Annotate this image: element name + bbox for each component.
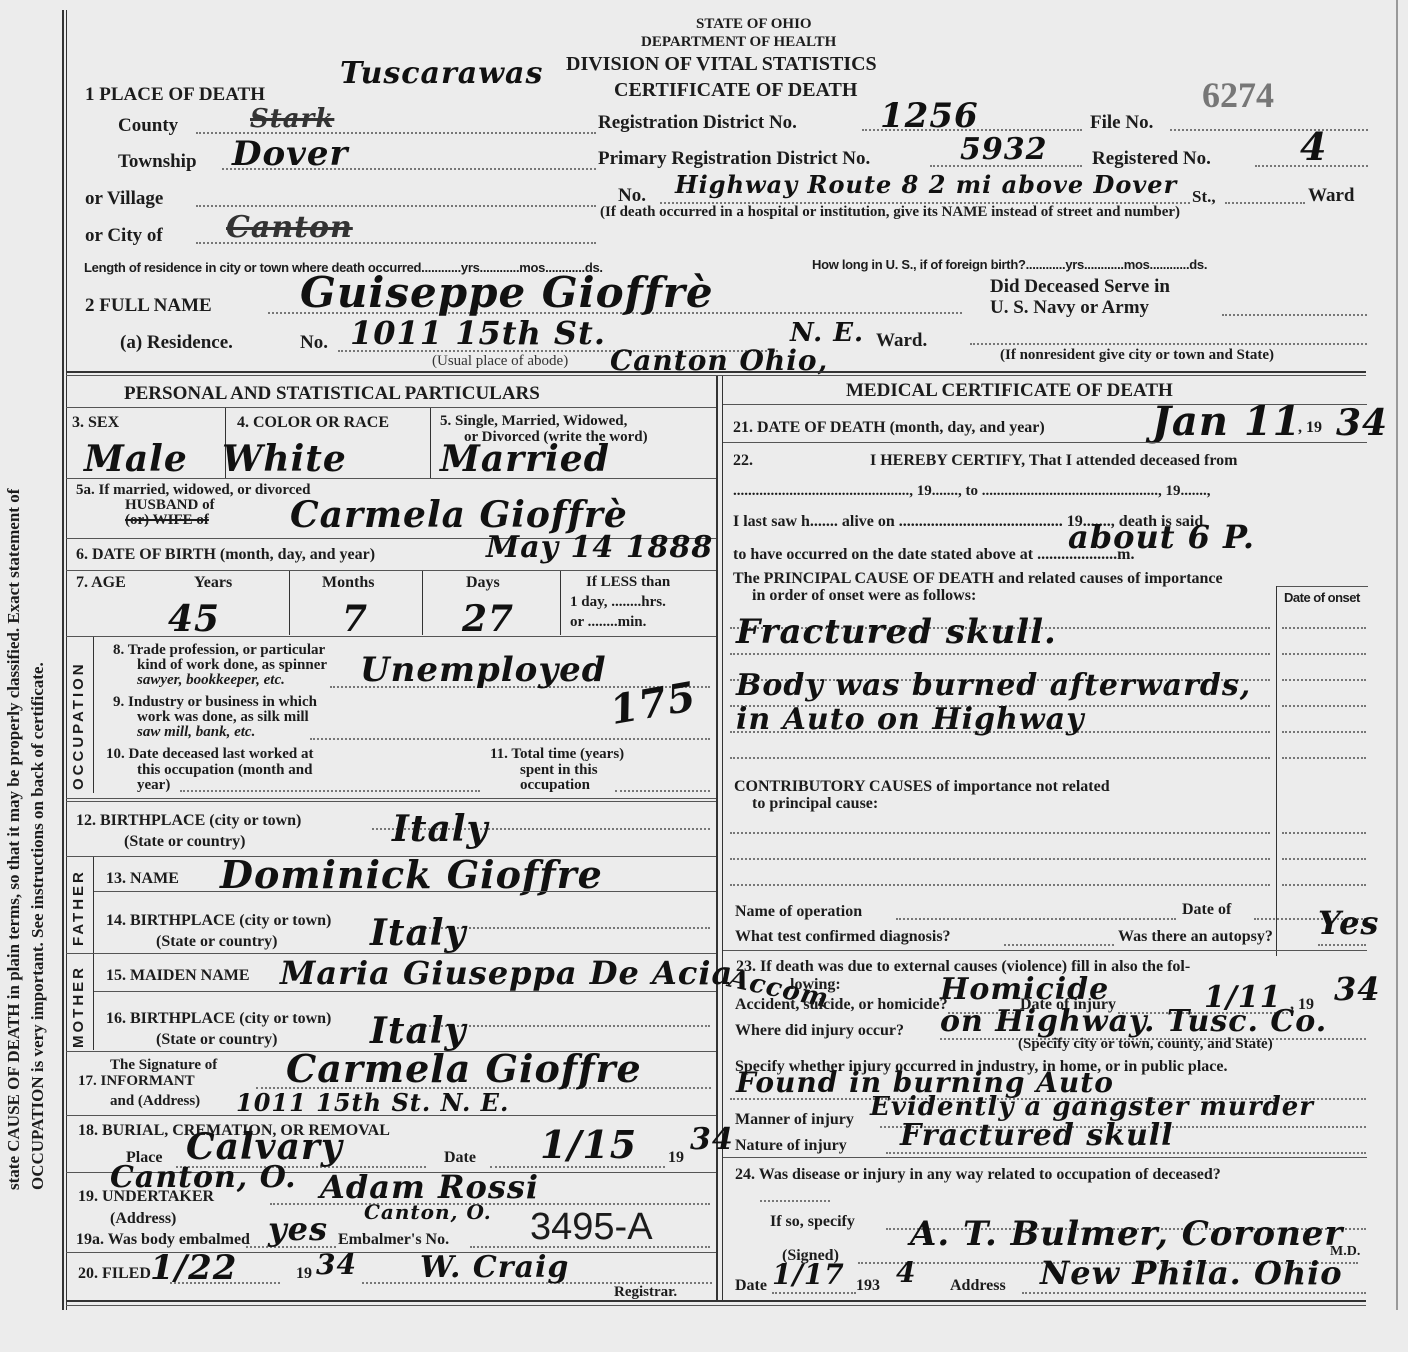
filed-label: 20. FILED [78,1265,151,1283]
undertaker-address-value: Canton, O. [364,1200,492,1224]
rule [94,991,716,992]
dob-label: 6. DATE OF BIRTH (month, day, and year) [76,546,375,564]
death-certificate: state CAUSE OF DEATH in plain terms, so … [0,0,1408,1352]
dod-year: 34 [1336,402,1388,444]
township-label: Township [118,151,197,173]
cell-divider [289,571,290,635]
operation-date-label: Date of [1182,901,1231,919]
residence-label: (a) Residence. [120,332,233,354]
cert-year-prefix: 193 [856,1277,880,1295]
registered-no-value: 4 [1300,124,1327,169]
cert-address-value: New Phila. Ohio [1040,1254,1343,1292]
age-label: 7. AGE [76,574,126,592]
certify-number: 22. [733,452,753,470]
rule [94,891,716,892]
dod-label: 21. DATE OF DEATH (month, day, and year) [733,419,1045,437]
where-label: Where did injury occur? [735,1022,904,1040]
cert-address-field [1022,1292,1366,1294]
served-label-2: U. S. Navy or Army [990,297,1149,319]
autopsy-field [1318,944,1366,946]
cell-divider [422,571,423,635]
manner-label: Manner of injury [735,1111,854,1129]
burial-date-value: 1/15 [540,1122,637,1167]
rule [66,1115,716,1116]
nature-value: Fractured skull [900,1118,1174,1153]
rule [66,570,716,571]
birthplace-label-1: 12. BIRTHPLACE (city or town) [76,812,301,830]
contributory-line [730,884,1270,886]
dod-value: Jan 11 [1152,398,1302,445]
primary-district-label: Primary Registration District No. [598,148,870,170]
onset-line [1282,731,1366,733]
burial-date-label: Date [444,1149,476,1167]
registered-no-label: Registered No. [1092,148,1211,170]
burial-year-prefix: 19 [668,1149,684,1167]
filed-date-value: 1/22 [150,1248,237,1288]
onset-line [1282,757,1366,759]
dod-year-prefix: , 19 [1298,419,1322,437]
margin-instruction-line2: OCCUPATION is very important. See instru… [28,662,48,1190]
total-time-label-1: 11. Total time (years) [490,746,624,763]
city-struck-value: Canton [226,210,353,245]
embalmed-label: 19a. Was body embalmed [76,1231,250,1249]
cert-date-field [772,1292,856,1294]
injury-year-value: 34 [1334,970,1381,1008]
sex-value: Male [84,438,188,480]
cert-address-label: Address [950,1277,1006,1295]
test-field [1004,944,1114,946]
registration-district-value: 1256 [880,96,979,136]
months-value: 7 [342,598,368,640]
county-label: County [118,115,178,137]
cause-line-2: Body was burned afterwards, [736,668,1251,703]
residence-value: 1011 15th St. [350,314,606,352]
if-so-label: If so, specify [770,1213,855,1231]
side-divider [93,637,94,793]
rule [66,407,716,408]
cause-line [730,653,1270,655]
side-divider [93,954,94,1050]
onset-line [1282,832,1366,834]
industry-label-3: saw mill, bank, etc. [137,724,255,741]
cell-divider [430,408,431,478]
occupation-margin-code: 175 [607,673,700,734]
date-onset-label: Date of onset [1284,590,1360,605]
cert-date-value: 1/17 [772,1258,845,1291]
ward-field [1225,202,1305,204]
onset-line [1282,858,1366,860]
street-value: Highway Route 8 2 mi above Dover [675,170,1177,199]
full-name-value: Guiseppe Gioffrè [300,268,714,317]
header-state: STATE OF OHIO [696,16,812,33]
less-label-3: or ........min. [570,614,646,631]
sex-label: 3. SEX [72,414,119,432]
onset-line [1282,653,1366,655]
township-value: Dover [232,134,348,174]
total-time-field [615,790,710,792]
undertaker-label: 19. UNDERTAKER [78,1188,214,1206]
last-worked-label-3: year) [137,777,170,794]
maiden-name-label: 15. MAIDEN NAME [106,967,250,985]
embalmed-value: yes [268,1210,328,1248]
onset-line [1282,679,1366,681]
mother-side-label: MOTHER [70,965,87,1048]
outer-border-right [1396,0,1398,1310]
father-birthplace-label-1: 14. BIRTHPLACE (city or town) [106,912,331,930]
contributory-label-1: CONTRIBUTORY CAUSES of importance not re… [734,778,1110,796]
signed-value: A. T. Bulmer, Coroner [910,1214,1343,1254]
industry-field [310,738,710,740]
father-name-label: 13. NAME [106,870,179,888]
birthplace-label-2: (State or country) [124,833,245,851]
informant-address-value: 1011 15th St. N. E. [236,1088,509,1117]
trade-label-3: sawyer, bookkeeper, etc. [137,672,285,689]
occurred-value: about 6 P. [1068,518,1255,556]
stamp-number: 6274 [1202,74,1274,116]
race-label: 4. COLOR OR RACE [237,414,389,432]
served-field [1222,314,1367,316]
operation-field [896,918,1176,920]
onset-line [1282,705,1366,707]
autopsy-label: Was there an autopsy? [1118,928,1273,946]
cert-year-value: 4 [896,1256,916,1289]
embalmer-no-label: Embalmer's No. [338,1231,449,1249]
years-value: 45 [168,598,220,640]
rule [66,801,716,802]
operation-label: Name of operation [735,903,862,921]
county-value: Tuscarawas [340,56,543,91]
rule [723,1157,1367,1158]
header-department: DEPARTMENT OF HEALTH [641,34,836,51]
medical-heading: MEDICAL CERTIFICATE OF DEATH [846,380,1173,402]
embalmer-no-value: 3495-A [530,1206,653,1249]
personal-heading: PERSONAL AND STATISTICAL PARTICULARS [124,383,540,405]
served-label-1: Did Deceased Serve in [990,276,1170,298]
primary-district-value: 5932 [960,132,1048,167]
village-field [196,205,596,207]
where-note: (Specify city or town, county, and State… [1018,1036,1273,1053]
rule [723,442,1367,443]
autopsy-value: Yes [1318,904,1379,942]
cause-line-1: Fractured skull. [736,612,1057,652]
margin-instruction-line1: state CAUSE OF DEATH in plain terms, so … [4,489,24,1190]
nature-label: Nature of injury [735,1137,847,1155]
cell-divider [560,571,561,635]
cert-date-label: Date [735,1277,767,1295]
outer-border-left [62,10,64,1310]
certify-text: I HEREBY CERTIFY, That I attended deceas… [870,452,1237,470]
file-no-field [1170,129,1368,131]
months-label: Months [322,574,374,592]
father-birthplace-value: Italy [370,912,466,954]
marital-value: Married [440,438,610,480]
city-label: or City of [85,225,163,247]
onset-line [1282,627,1366,629]
contributory-line [730,832,1270,834]
how-long-us-label: How long in U. S., if of foreign birth?.… [812,257,1207,272]
column-divider-thin [722,376,723,1301]
informant-label-1: The Signature of [110,1057,217,1074]
from-to-line: ........................................… [733,483,1211,500]
mother-birthplace-label-2: (State or country) [156,1031,277,1049]
race-value: White [222,438,347,480]
birthplace-value: Italy [392,808,488,850]
rule [66,798,716,799]
residence-ward-label: Ward. [876,330,927,352]
rule [723,950,1367,951]
hospital-note: (If death occurred in a hospital or inst… [600,204,1180,221]
informant-label-2: 17. INFORMANT [78,1073,195,1090]
informant-value: Carmela Gioffre [286,1046,642,1091]
bottom-rule [66,1300,1366,1302]
filed-year-value: 34 [316,1248,357,1281]
occupation-related-label: 24. Was disease or injury in any way rel… [735,1166,1221,1184]
ward-label: Ward [1308,185,1354,207]
section-rule [66,371,1366,373]
bottom-rule-thin [66,1305,1366,1306]
father-side-label: FATHER [70,869,87,946]
occupation-related-field [760,1200,830,1202]
registration-district-label: Registration District No. [598,112,797,134]
where-value: on Highway. Tusc. Co. [940,1004,1327,1039]
contributory-line [730,858,1270,860]
test-label: What test confirmed diagnosis? [735,928,951,946]
marital-label-1: 5. Single, Married, Widowed, [440,413,627,430]
filed-year-prefix: 19 [296,1265,312,1283]
nonresident-field [970,343,1367,345]
last-worked-label-1: 10. Date deceased last worked at [106,746,313,763]
informant-label-3: and (Address) [110,1093,200,1110]
page-title: CERTIFICATE OF DEATH [614,79,857,102]
mother-birthplace-label-1: 16. BIRTHPLACE (city or town) [106,1010,331,1028]
cause-line-3: in Auto on Highway [736,702,1085,737]
principal-cause-label-1: The PRINCIPAL CAUSE OF DEATH and related… [733,570,1223,588]
village-label: or Village [85,188,163,210]
last-worked-field [180,790,480,792]
onset-divider [1276,586,1277,956]
abode-note: (Usual place of abode) [432,353,568,370]
manner-q-label: Accident, suicide, or homicide? [735,996,948,1014]
father-birthplace-label-2: (State or country) [156,933,277,951]
cause-line [730,757,1270,759]
side-divider [93,857,94,953]
nonresident-note: (If nonresident give city or town and St… [1000,347,1274,364]
principal-cause-label-2: in order of onset were as follows: [752,587,976,605]
occupation-side-label: OCCUPATION [70,661,87,790]
place-of-death-heading: 1 PLACE OF DEATH [85,84,265,106]
total-time-label-3: occupation [520,777,590,794]
dob-value: May 14 1888 [486,530,713,565]
rule [1276,586,1368,587]
days-value: 27 [462,598,514,640]
full-name-label: 2 FULL NAME [85,295,212,317]
trade-value: Unemployed [360,650,607,690]
burial-year-value: 34 [690,1122,734,1157]
rule [66,636,716,637]
county-struck-value: Stark [250,104,334,134]
undertaker-address-label: (Address) [110,1210,176,1228]
spouse-label-3: (or) WIFE of [125,512,209,529]
header-division: DIVISION OF VITAL STATISTICS [566,53,877,76]
years-label: Years [194,574,232,592]
contributory-label-2: to principal cause: [752,795,878,813]
onset-line [1282,884,1366,886]
days-label: Days [466,574,500,592]
rule [66,478,716,479]
less-label-2: 1 day, ........hrs. [570,594,666,611]
registrar-label: Registrar. [614,1284,677,1301]
column-divider [716,376,718,1301]
residence-no-label: No. [300,332,328,354]
st-label: St., [1192,187,1216,207]
registrar-signature: W. Craig [420,1250,569,1285]
less-label-1: If LESS than [586,574,670,591]
maiden-name-value: Maria Giuseppa De Acia [280,954,733,992]
file-no-label: File No. [1090,112,1153,134]
